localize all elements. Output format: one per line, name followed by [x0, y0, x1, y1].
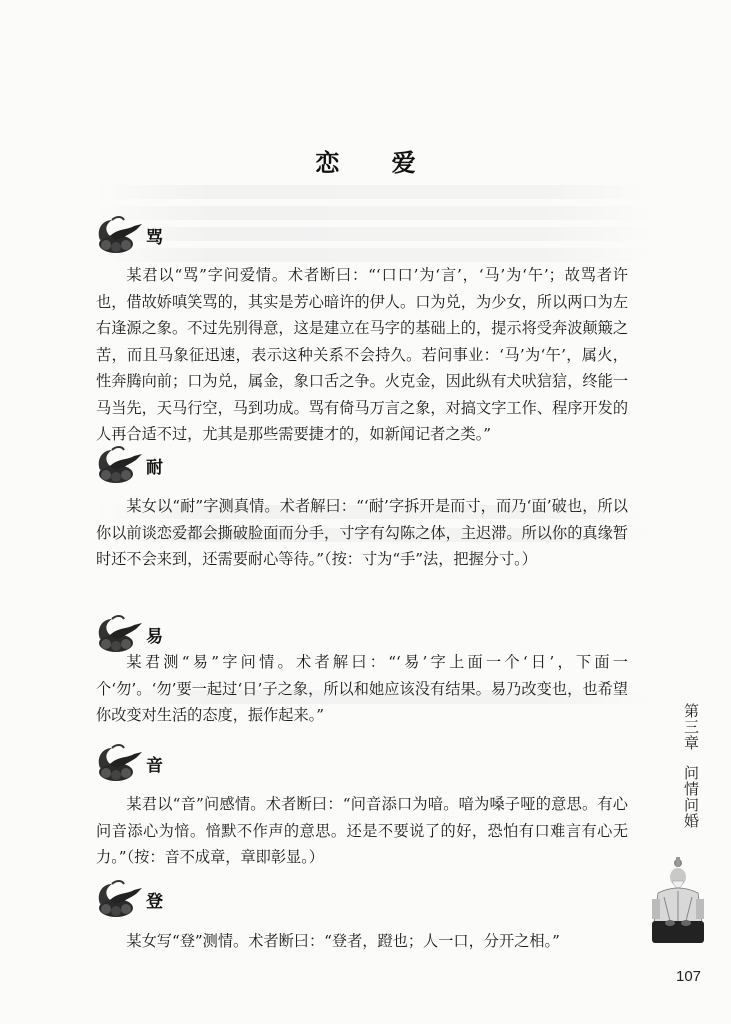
section-paragraph: 某君以“骂”字问爱情。术者断曰：“‘口口’为‘言’，‘马’为‘午’；故骂者许也，… — [96, 262, 628, 448]
section-heading-char: 易 — [146, 622, 163, 647]
section-heading: 耐 — [94, 442, 163, 486]
section-heading-char: 音 — [146, 751, 163, 776]
book-page: 恋 爱 骂 某君以“骂”字问爱情。术者断曰：“‘口口’为‘言’，‘马’为‘午’；… — [0, 0, 731, 1024]
dragon-icon — [94, 740, 144, 784]
chapter-number: 第三章 — [682, 703, 700, 751]
sage-figure-illustration — [646, 855, 710, 945]
page-number: 107 — [676, 968, 701, 985]
dragon-icon — [94, 442, 144, 486]
section-heading: 登 — [94, 876, 163, 920]
section-heading-char: 登 — [146, 887, 163, 912]
show-through-line — [95, 227, 655, 241]
dragon-icon — [94, 212, 144, 256]
section-heading: 音 — [94, 740, 163, 784]
section-heading: 骂 — [94, 212, 163, 256]
show-through-line — [95, 206, 655, 220]
section-heading-char: 耐 — [146, 453, 163, 478]
dragon-icon — [94, 876, 144, 920]
chapter-title: 问情问婚 — [682, 765, 700, 829]
page-title: 恋 爱 — [0, 143, 731, 178]
chapter-side-tab: 第三章问情问婚 — [676, 703, 700, 829]
section-paragraph: 某女写“登”测情。术者断曰：“登者，蹬也；人一口，分开之相。” — [96, 928, 628, 955]
section-paragraph: 某女以“耐”字测真情。术者解曰：“‘耐’字拆开是而寸，而乃‘面’破也，所以你以前… — [96, 493, 628, 573]
section-paragraph: 某君测“易”字问情。术者解曰：“‘易’字上面一个‘日’，下面一个‘勿’。‘勿’要… — [96, 649, 628, 729]
section-heading-char: 骂 — [146, 223, 163, 248]
show-through-line — [95, 185, 655, 199]
section-paragraph: 某君以“音”问感情。术者断曰：“问音添口为喑。喑为嗓子哑的意思。有心问音添心为愔… — [96, 791, 628, 871]
show-through-line — [95, 248, 655, 262]
